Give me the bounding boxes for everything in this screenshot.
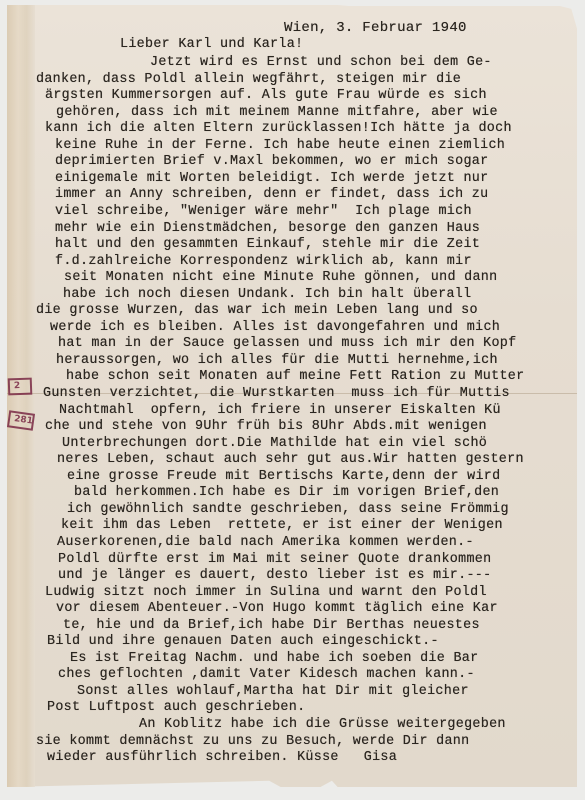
letter-line: te, hie und da Brief,ich habe Dir Bertha… <box>63 617 480 635</box>
letter-line: Jetzt wird es Ernst und schon bei dem Ge… <box>150 54 492 72</box>
letter-line: Sonst alles wohlauf,Martha hat Dir mit g… <box>77 683 469 701</box>
letter-line: wieder ausführlich schreiben. Küsse Gisa <box>47 749 397 767</box>
letter-line: neres Leben, schaut auch sehr gut aus.Wi… <box>57 451 524 469</box>
place-date: Wien, 3. Februar 1940 <box>284 19 467 37</box>
letter-line: Ludwig sitzt noch immer in Sulina und wa… <box>45 584 487 602</box>
letter-line: eine grosse Freude mit Bertischs Karte,d… <box>67 468 500 486</box>
letter-line: keit ihm das Leben rettete, er ist einer… <box>61 517 503 535</box>
censor-stamp: 281 <box>7 410 35 430</box>
salutation: Lieber Karl und Karla! <box>120 36 303 54</box>
letter-line: Es ist Freitag Nachm. und habe ich soebe… <box>70 650 478 668</box>
letter-line: gehören, dass ich mit meinem Manne mitfa… <box>56 104 498 122</box>
letter-line: ches geflochten ,damit Vater Kidesch mac… <box>58 666 475 684</box>
letter-line: bald herkommen.Ich habe es Dir im vorige… <box>74 484 499 502</box>
letter-line: Bild und ihre genauen Daten auch eingesc… <box>47 633 439 651</box>
letter-line: habe ich noch diesen Undank. Ich bin hal… <box>63 286 471 304</box>
letter-line: mehr wie ein Dienstmädchen, besorge den … <box>55 220 480 238</box>
letter-line: An Koblitz habe ich die Grüsse weitergeg… <box>139 716 506 734</box>
letter-line: danken, dass Poldl allein wegfährt, stei… <box>36 71 461 89</box>
letter-line: immer an Anny schreiben, denn er findet,… <box>55 186 488 204</box>
paper-fold-margin <box>7 5 35 787</box>
letter-line: habe schon seit Monaten auf meine Fett R… <box>66 368 524 386</box>
letter-line: seit Monaten nicht eine Minute Ruhe gönn… <box>64 269 497 287</box>
letter-line: Post Luftpost auch geschrieben. <box>47 699 305 717</box>
censor-stamp: 2 <box>8 378 33 396</box>
letter-line: deprimierten Brief v.Maxl bekommen, wo e… <box>55 153 488 171</box>
letter-line: werde ich es bleiben. Alles ist davongef… <box>50 319 500 337</box>
letter-line: che und stehe von 9Uhr früh bis 8Uhr Abd… <box>45 418 487 436</box>
letter-line: halt und den gesammten Einkauf, stehle m… <box>55 236 480 254</box>
letter-line: Poldl dürfte erst im Mai mit seiner Quot… <box>58 551 491 569</box>
letter-line: viel schreibe, "Weniger wäre mehr" Ich p… <box>55 203 472 221</box>
letter-line: ärgsten Kummersorgen auf. Als gute Frau … <box>45 87 487 105</box>
letter-line: f.d.zahlreiche Korrespondenz wirklich ab… <box>55 253 472 271</box>
letter-line: hat man in der Sauce gelassen und muss i… <box>58 335 516 353</box>
letter-line: keine Ruhe in der Ferne. Ich habe heute … <box>55 137 505 155</box>
letter-line: Auserkorenen,die bald nach Amerika komme… <box>57 534 474 552</box>
letter-line: und je länger es dauert, desto lieber is… <box>58 567 491 585</box>
letter-line: heraussorgen, wo ich alles für die Mutti… <box>56 352 498 370</box>
letter-line: sie kommt demnächst zu uns zu Besuch, we… <box>36 733 469 751</box>
letter-line: Nachtmahl opfern, ich friere in unserer … <box>59 402 501 420</box>
letter-line: die grosse Wurzen, das war ich mein Lebe… <box>36 302 478 320</box>
letter-line: vor diesem Abenteuer.-Von Hugo kommt täg… <box>56 600 498 618</box>
letter-line: Unterbrechungen dort.Die Mathilde hat ei… <box>62 435 487 453</box>
letter-line: Gunsten verzichtet, die Wurstkarten muss… <box>43 385 510 403</box>
letter-line: kann ich die alten Eltern zurücklassen!I… <box>45 120 512 138</box>
letter-line: ich gewöhnlich sandte geschrieben, dass … <box>67 501 509 519</box>
letter-line: einigemale mit Worten beleidigt. Ich wer… <box>55 170 488 188</box>
